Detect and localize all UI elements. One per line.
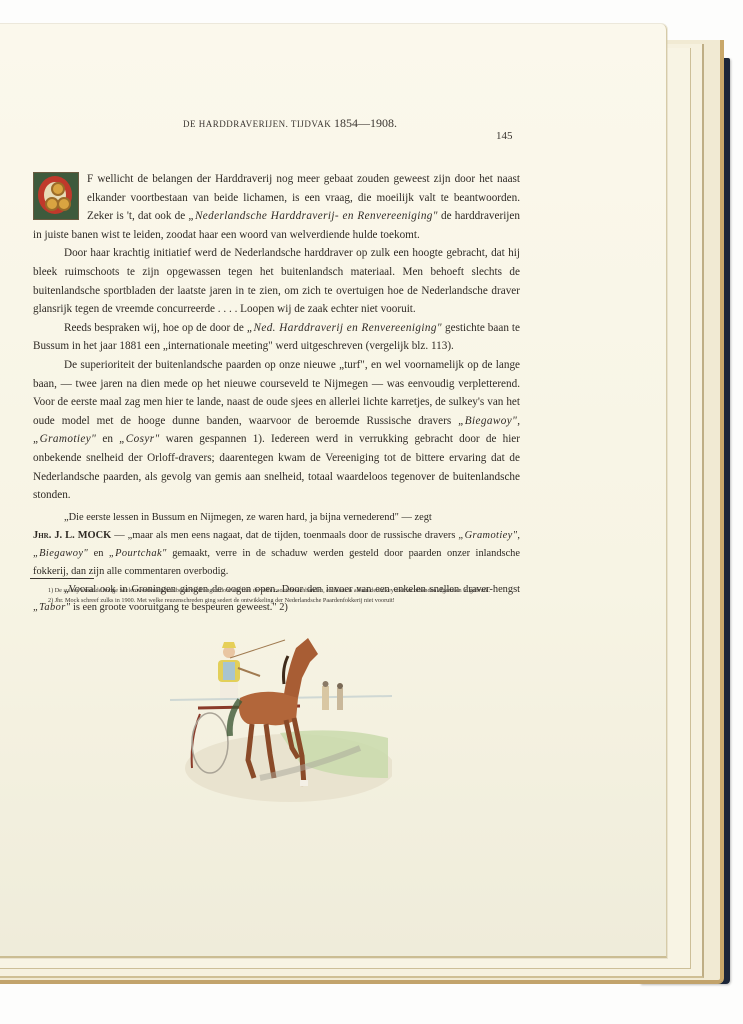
paragraph-4: De superioriteit der buitenlandsche paar… [33,356,520,505]
paragraph-2: Door haar krachtig initiatief werd de Ne… [33,244,520,318]
paragraph-3: Reeds bespraken wij, hoe op de door de „… [33,319,520,356]
quote-paragraph-1: „Die eerste lessen in Bussum en Nijmegen… [33,509,520,527]
running-head-title: De Harddraverijen. Tijdvak [183,119,331,129]
quote-author: Jhr. J. L. MOCK [33,530,111,541]
footnotes: 1) De sulkey's met de hooge wielen werde… [30,586,520,606]
sulky-racer-illustration [170,628,392,804]
ornamental-drop-cap-o-icon [33,172,79,220]
running-head: De Harddraverijen. Tijdvak 1854—1908. [180,116,400,131]
body-text: F wellicht de belangen der Harddraverij … [33,170,520,617]
footnote-rule [30,578,94,579]
paragraph-1: F wellicht de belangen der Harddraverij … [33,170,520,244]
page-number: 145 [496,130,513,142]
running-head-years: 1854—1908. [334,116,397,130]
footnote-1: 1) De sulkey's met de hooge wielen werde… [30,586,520,596]
footnote-2: 2) Jhr. Mock schreef zulks in 1900. Met … [30,596,520,606]
